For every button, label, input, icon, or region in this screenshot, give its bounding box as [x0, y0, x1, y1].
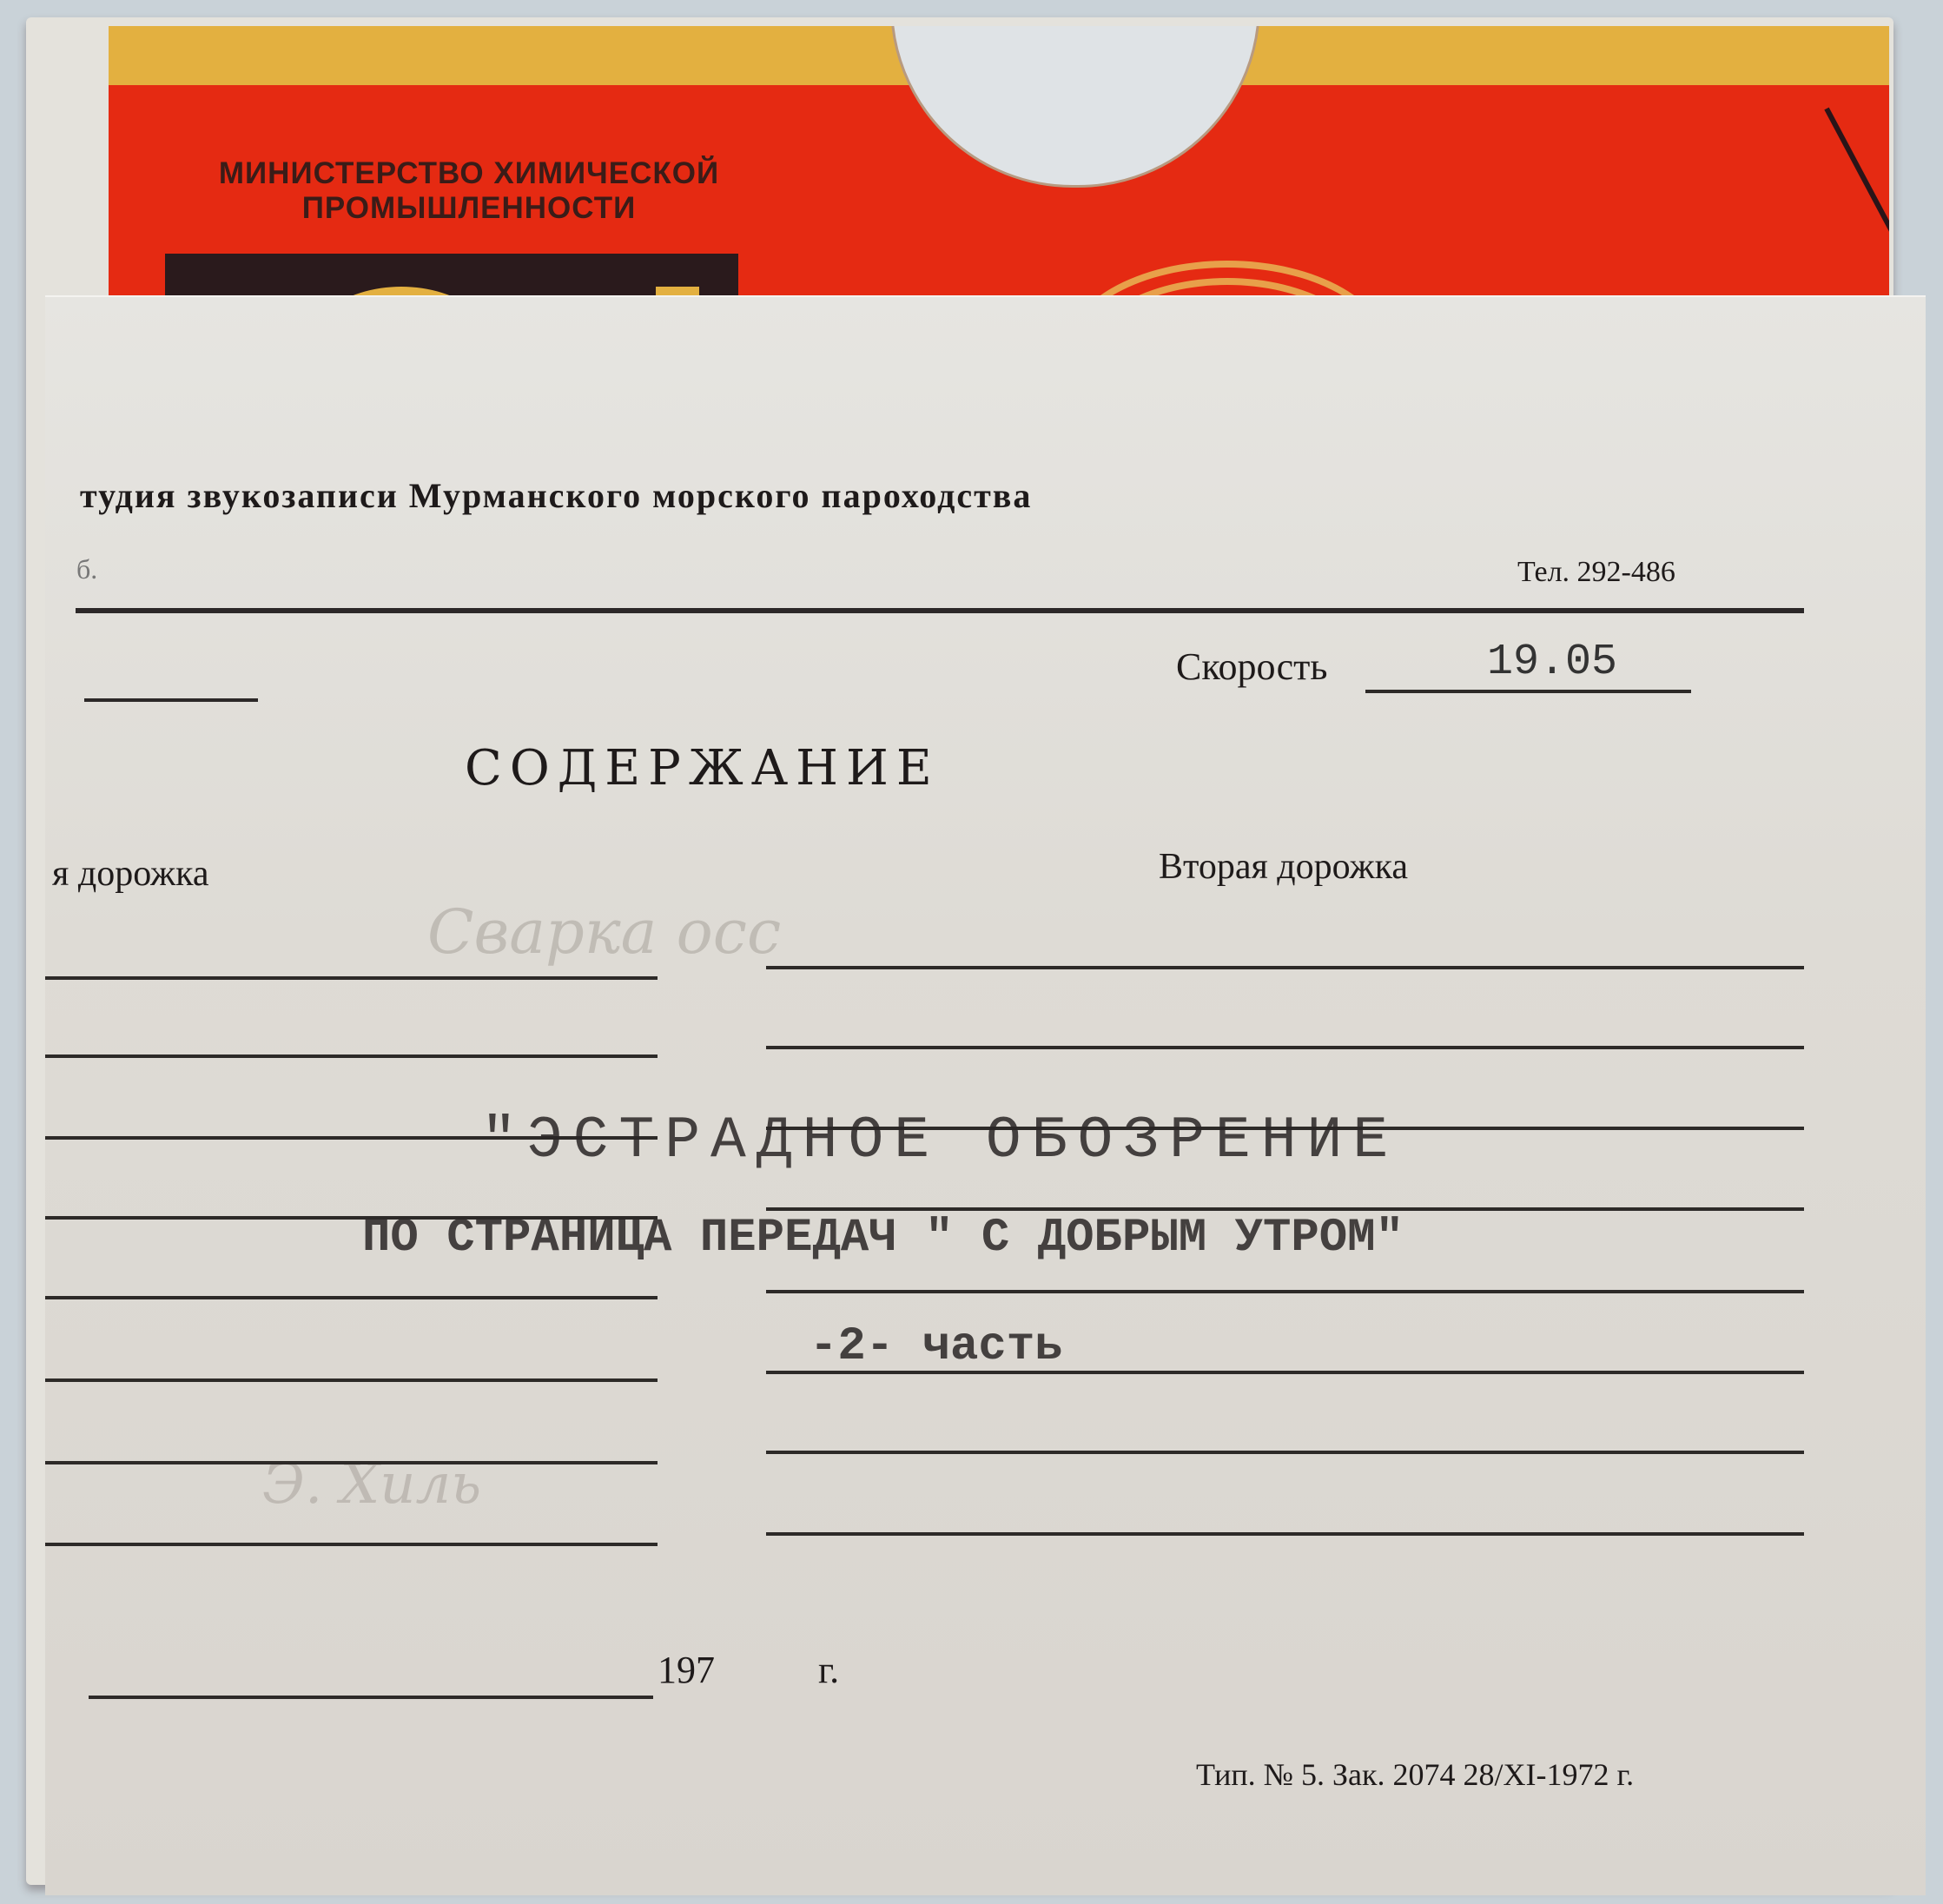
track2-line: [766, 1532, 1804, 1536]
track1-line: [45, 1054, 658, 1058]
handwritten-note: Сварка осс: [427, 896, 781, 968]
track1-line: [45, 1543, 658, 1546]
printer-imprint: Тип. № 5. Зак. 2074 28/XI-1972 г.: [1196, 1756, 1634, 1793]
finger-notch: [890, 26, 1260, 188]
track1-line: [45, 976, 658, 980]
address-prefix: б.: [76, 553, 97, 585]
tape-box-cover: МИНИСТЕРСТВО ХИМИЧЕСКОЙ ПРОМЫШЛЕННОСТИ: [109, 26, 1889, 321]
ministry-line-1: МИНИСТЕРСТВО ХИМИЧЕСКОЙ: [165, 156, 773, 191]
content-label: тудия звукозаписи Мурманского морского п…: [45, 295, 1926, 1895]
ministry-title: МИНИСТЕРСТВО ХИМИЧЕСКОЙ ПРОМЫШЛЕННОСТИ: [165, 156, 773, 226]
phone-number: Тел. 292-486: [1517, 556, 1675, 589]
field-line-left: [84, 698, 258, 702]
track2-line: [766, 1046, 1804, 1049]
track2-line: [766, 1451, 1804, 1454]
track-first-label: я дорожка: [52, 853, 209, 895]
track1-line: [45, 1378, 658, 1382]
track1-line: [45, 1461, 658, 1464]
date-field-line: [89, 1696, 653, 1699]
ministry-line-2: ПРОМЫШЛЕННОСТИ: [165, 191, 773, 226]
speed-field-line: [1365, 690, 1691, 693]
year-suffix: г.: [818, 1648, 839, 1692]
track2-line: [766, 1207, 1804, 1211]
year-prefix: 197: [658, 1648, 715, 1692]
track-second-label: Вторая дорожка: [1159, 846, 1408, 888]
typed-title-line-1: "ЭСТРАДНОЕ ОБОЗРЕНИЕ: [481, 1107, 1398, 1174]
typed-part-number: -2- часть: [810, 1320, 1063, 1373]
track2-line: [766, 1290, 1804, 1293]
pen-mark: [1824, 108, 1889, 241]
speed-value: 19.05: [1487, 638, 1617, 687]
header-rule: [76, 608, 1804, 613]
tape-box: МИНИСТЕРСТВО ХИМИЧЕСКОЙ ПРОМЫШЛЕННОСТИ т…: [26, 17, 1893, 1885]
track1-line: [45, 1296, 658, 1299]
track2-line: [766, 966, 1804, 969]
speed-label: Скорость: [1176, 645, 1327, 689]
contents-title: СОДЕРЖАНИЕ: [465, 740, 940, 797]
studio-name: тудия звукозаписи Мурманского морского п…: [80, 475, 1032, 516]
typed-title-line-2: ПО СТРАНИЦА ПЕРЕДАЧ " С ДОБРЫМ УТРОМ": [362, 1212, 1404, 1265]
